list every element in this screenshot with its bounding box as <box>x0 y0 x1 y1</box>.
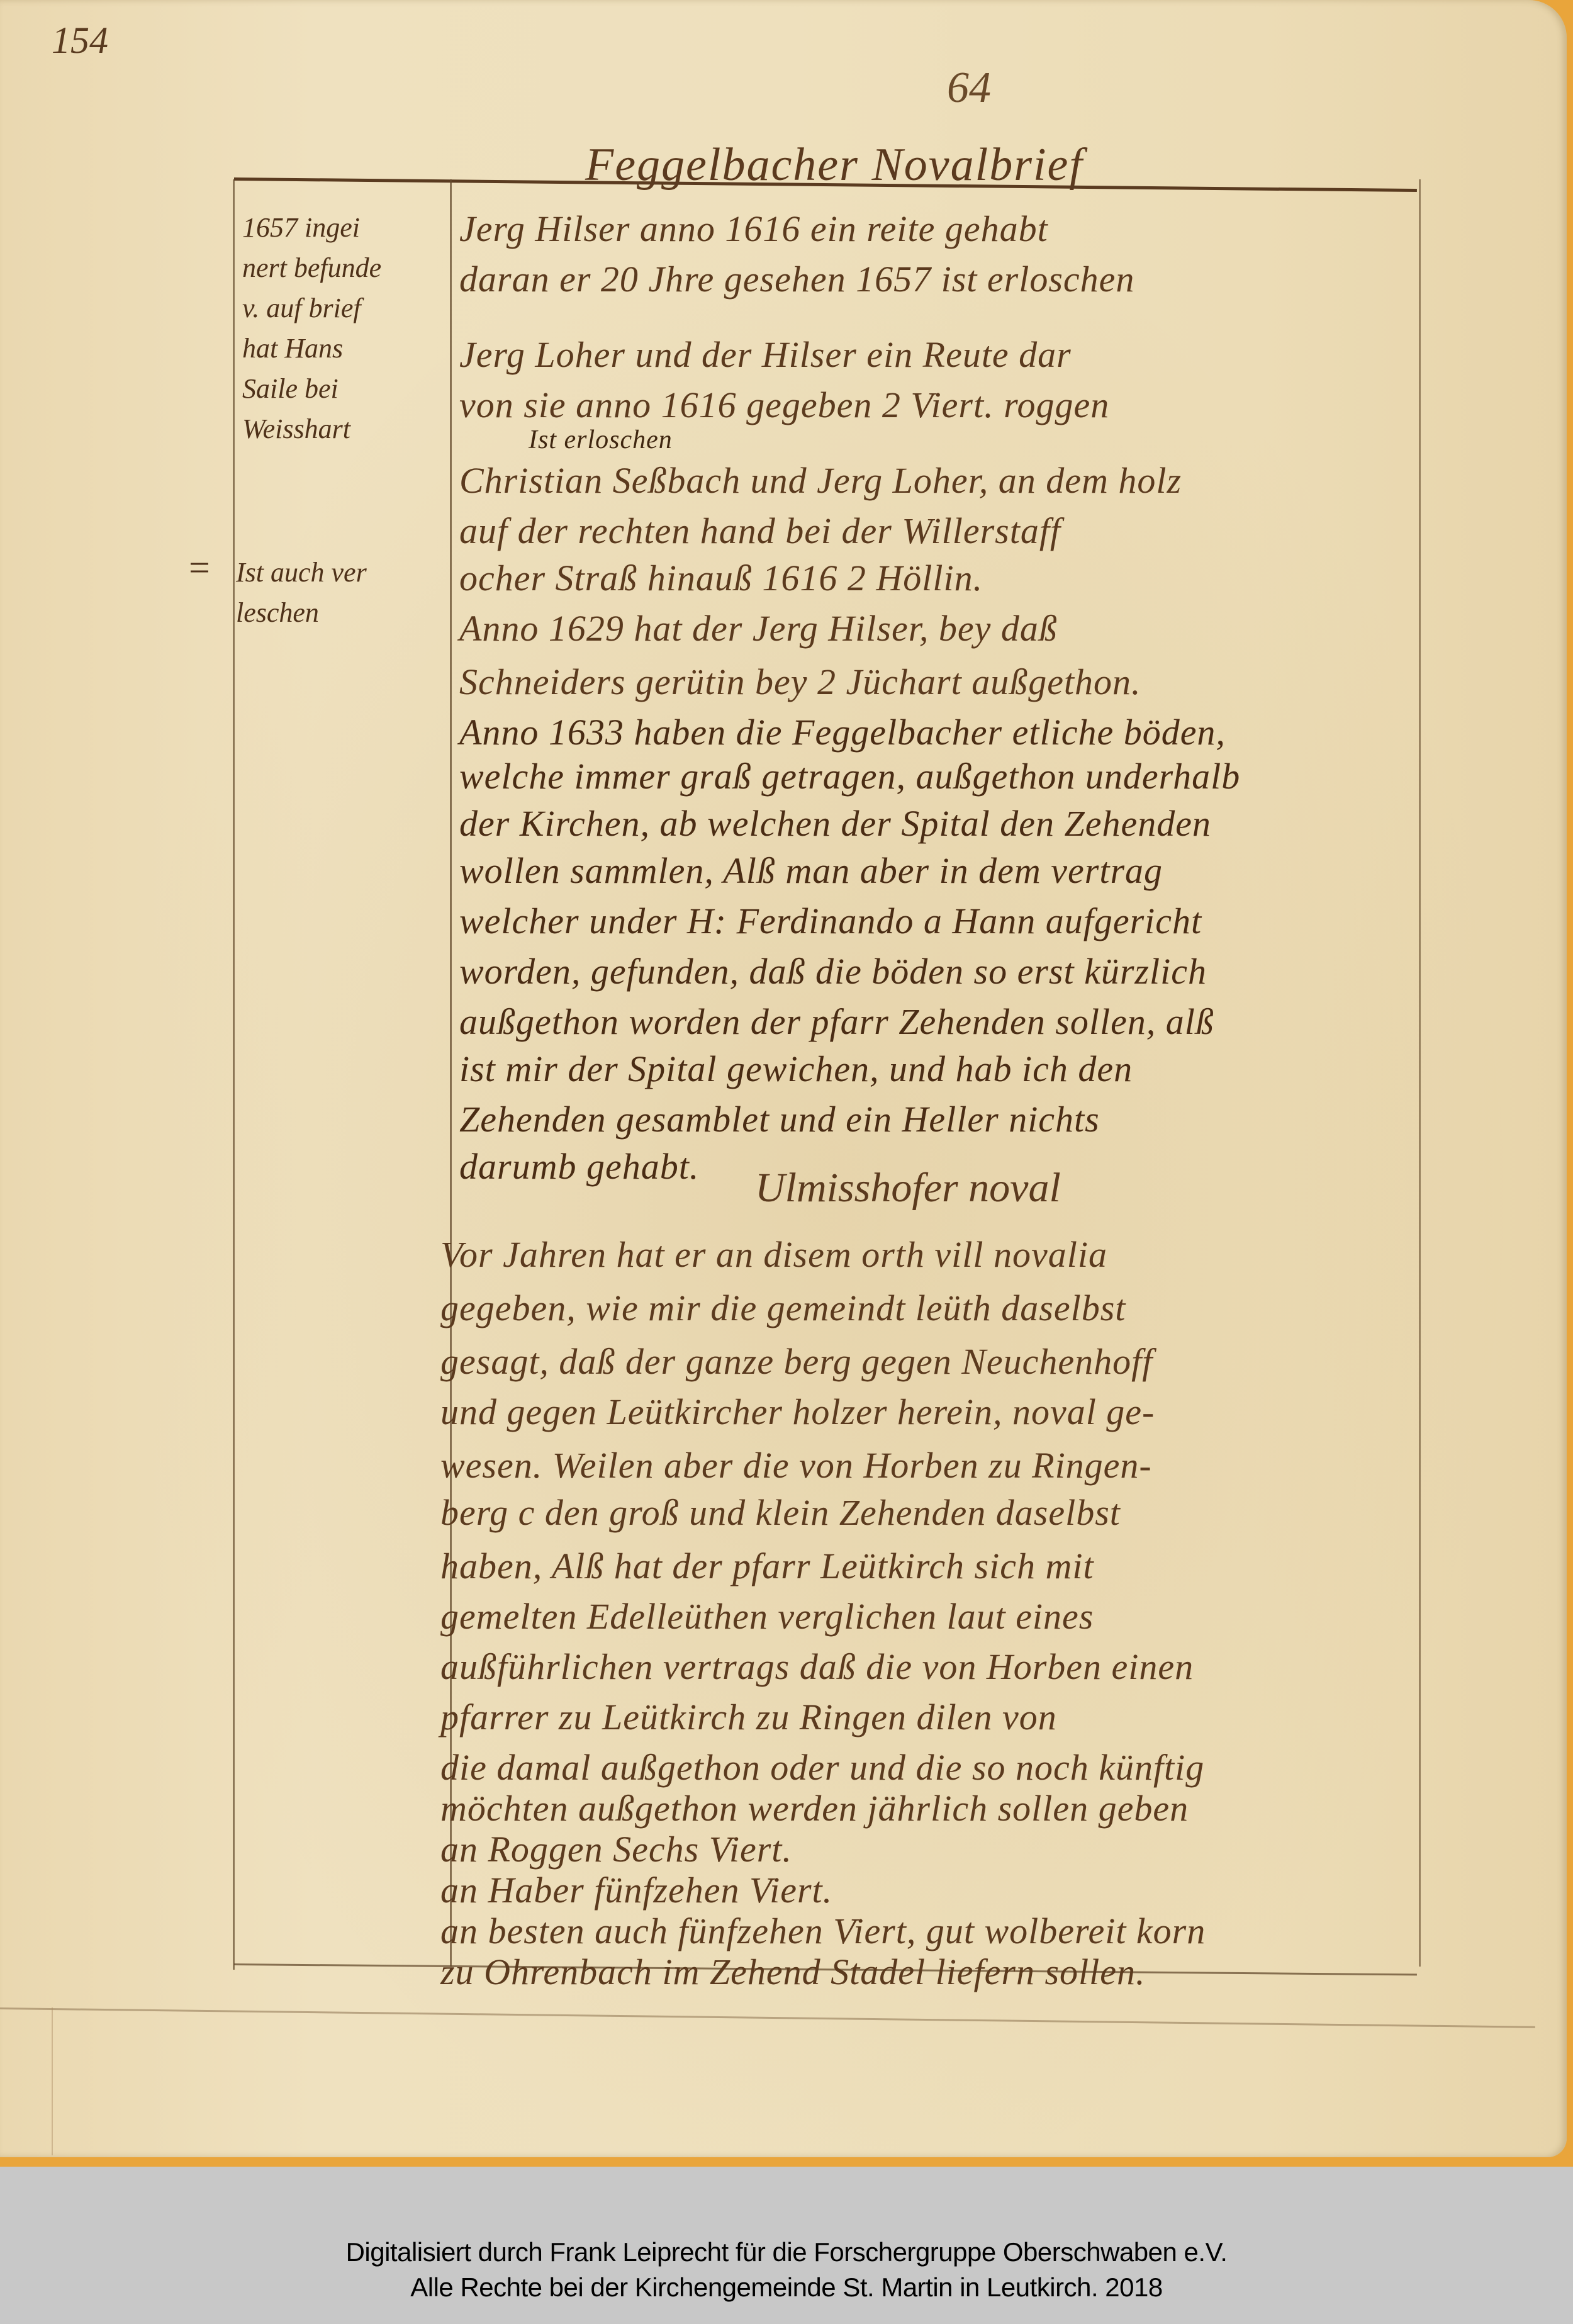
text-line: der Kirchen, ab welchen der Spital den Z… <box>459 802 1211 845</box>
text-line: auf der rechten hand bei der Willerstaff <box>459 510 1061 552</box>
text-line: zu Ohrenbach im Zehend Stadel liefern so… <box>440 1951 1146 1993</box>
text-line: gegeben, wie mir die gemeindt leüth dase… <box>440 1287 1126 1329</box>
manuscript-page: 154 64 Feggelbacher Novalbrief 1657 inge… <box>0 0 1567 2157</box>
text-line: Zehenden gesamblet und ein Heller nichts <box>459 1098 1100 1140</box>
text-line: Jerg Hilser anno 1616 ein reite gehabt <box>459 208 1048 250</box>
margin-note-line: Ist auch ver <box>236 553 367 593</box>
folio-number: 154 <box>52 19 108 62</box>
margin-note-line: v. auf brief <box>242 288 381 328</box>
credit-line-1: Digitalisiert durch Frank Leiprecht für … <box>0 2237 1573 2267</box>
text-line: worden, gefunden, daß die böden so erst … <box>459 950 1207 992</box>
text-line: außgethon worden der pfarr Zehenden soll… <box>459 1001 1214 1043</box>
margin-note-line: Saile bei <box>242 369 381 409</box>
text-line: welche immer graß getragen, außgethon un… <box>459 755 1240 797</box>
text-line: Anno 1629 hat der Jerg Hilser, bey daß <box>459 607 1058 649</box>
margin-note-line: nert befunde <box>242 248 381 288</box>
ruled-left-line <box>233 179 235 1970</box>
text-line: haben, Alß hat der pfarr Leütkirch sich … <box>440 1545 1094 1587</box>
text-line: Jerg Loher und der Hilser ein Reute dar <box>459 334 1072 376</box>
text-line: die damal außgethon oder und die so noch… <box>440 1746 1204 1788</box>
paper-fold-line <box>0 2007 1535 2028</box>
margin-note-line: Weisshart <box>242 409 381 449</box>
text-line: gesagt, daß der ganze berg gegen Neuchen… <box>440 1340 1153 1383</box>
text-line: wesen. Weilen aber die von Horben zu Rin… <box>440 1444 1152 1486</box>
margin-note: Ist auch ver leschen <box>236 553 367 633</box>
paper-seam <box>52 2007 53 2155</box>
text-line: Schneiders gerütin bey 2 Jüchart außgeth… <box>459 661 1141 703</box>
text-line: ist mir der Spital gewichen, und hab ich… <box>459 1048 1133 1090</box>
text-line: welcher under H: Ferdinando a Hann aufge… <box>459 900 1202 942</box>
section-subheading: Ulmisshofer noval <box>755 1164 1061 1212</box>
text-line: wollen sammlen, Alß man aber in dem vert… <box>459 850 1163 892</box>
text-line: pfarrer zu Leütkirch zu Ringen dilen von <box>440 1696 1057 1738</box>
text-line: berg c den groß und klein Zehenden dasel… <box>440 1491 1121 1534</box>
margin-note-line: 1657 ingei <box>242 208 381 248</box>
equals-marker: = <box>189 546 210 590</box>
credit-line-2: Alle Rechte bei der Kirchengemeinde St. … <box>0 2272 1573 2303</box>
ruled-right-line <box>1419 179 1421 1967</box>
text-line: gemelten Edelleüthen verglichen laut ein… <box>440 1595 1094 1637</box>
text-line: möchten außgethon werden jährlich sollen… <box>440 1787 1189 1829</box>
margin-note-line: leschen <box>236 593 367 633</box>
text-line: Anno 1633 haben die Feggelbacher etliche… <box>459 711 1226 753</box>
digitization-credit-footer: Digitalisiert durch Frank Leiprecht für … <box>0 2167 1573 2324</box>
text-line: daran er 20 Jhre gesehen 1657 ist erlosc… <box>459 258 1134 300</box>
text-line: außführlichen vertrags daß die von Horbe… <box>440 1646 1194 1688</box>
margin-note: 1657 ingei nert befunde v. auf brief hat… <box>242 208 381 449</box>
text-line: ocher Straß hinauß 1616 2 Höllin. <box>459 557 983 599</box>
text-line: von sie anno 1616 gegeben 2 Viert. rogge… <box>459 384 1109 426</box>
text-line: an Roggen Sechs Viert. <box>440 1828 792 1870</box>
interlinear-note: Ist erloschen <box>529 425 673 455</box>
text-line: an Haber fünfzehen Viert. <box>440 1869 832 1911</box>
text-line: darumb gehabt. <box>459 1145 699 1187</box>
margin-note-line: hat Hans <box>242 328 381 369</box>
text-line: Christian Seßbach und Jerg Loher, an dem… <box>459 459 1182 502</box>
text-line: an besten auch fünfzehen Viert, gut wolb… <box>440 1910 1206 1952</box>
page-number: 64 <box>947 63 991 113</box>
text-line: und gegen Leütkircher holzer herein, nov… <box>440 1391 1155 1433</box>
text-line: Vor Jahren hat er an disem orth vill nov… <box>440 1233 1107 1276</box>
